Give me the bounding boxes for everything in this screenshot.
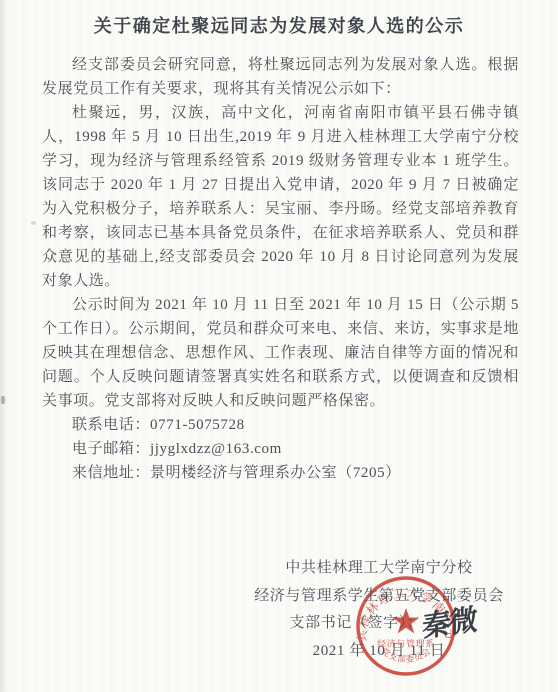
signature-org-line-1: 中共桂林理工大学南宁分校 xyxy=(236,555,522,583)
scan-speck xyxy=(31,221,36,225)
contact-email-label: 电子邮箱： xyxy=(72,441,150,457)
contact-address-value: 景明楼经济与管理系办公室（7205） xyxy=(150,465,401,481)
handwritten-signature: 秦微 xyxy=(423,607,476,642)
scan-speck xyxy=(1,396,5,404)
contact-address-label: 来信地址： xyxy=(72,465,150,481)
signature-org-line-2: 经济与管理系学生第五党支部委员会 xyxy=(236,583,522,611)
contact-email: 电子邮箱：jjyglxdzz@163.com xyxy=(42,437,519,461)
contact-phone-value: 0771-5075728 xyxy=(150,417,245,433)
signature-date: 2021 年 10 月 11 日 xyxy=(236,638,522,666)
scanned-notice-page: { "document": { "title": "关于确定杜聚远同志为发展对象… xyxy=(0,0,558,692)
signature-signer-line: 支部书记（签字）：秦微 xyxy=(236,610,522,638)
document-body: 经支部委员会研究同意，将杜聚远同志列为发展对象人选。根据发展党员工作有关要求，现… xyxy=(42,53,519,485)
paragraph-candidate-info: 杜聚远，男，汉族，高中文化，河南省南阳市镇平县石佛寺镇人，1998 年 5 月 … xyxy=(42,101,519,293)
contact-address: 来信地址：景明楼经济与管理系办公室（7205） xyxy=(42,461,519,485)
page-title: 关于确定杜聚远同志为发展对象人选的公示 xyxy=(0,12,558,38)
scan-edge-artifact xyxy=(0,0,10,692)
contact-email-value: jjyglxdzz@163.com xyxy=(150,441,282,457)
signature-block: 中共桂林理工大学南宁分校 经济与管理系学生第五党支部委员会 支部书记（签字）：秦… xyxy=(236,555,522,665)
paragraph-publicity-period: 公示时间为 2021 年 10 月 11 日至 2021 年 10 月 15 日… xyxy=(42,293,519,413)
contact-phone-label: 联系电话： xyxy=(72,417,150,433)
signer-label: 支部书记（签字）： xyxy=(290,615,423,631)
paragraph-intro: 经支部委员会研究同意，将杜聚远同志列为发展对象人选。根据发展党员工作有关要求，现… xyxy=(42,53,519,101)
contact-phone: 联系电话：0771-5075728 xyxy=(42,413,519,437)
